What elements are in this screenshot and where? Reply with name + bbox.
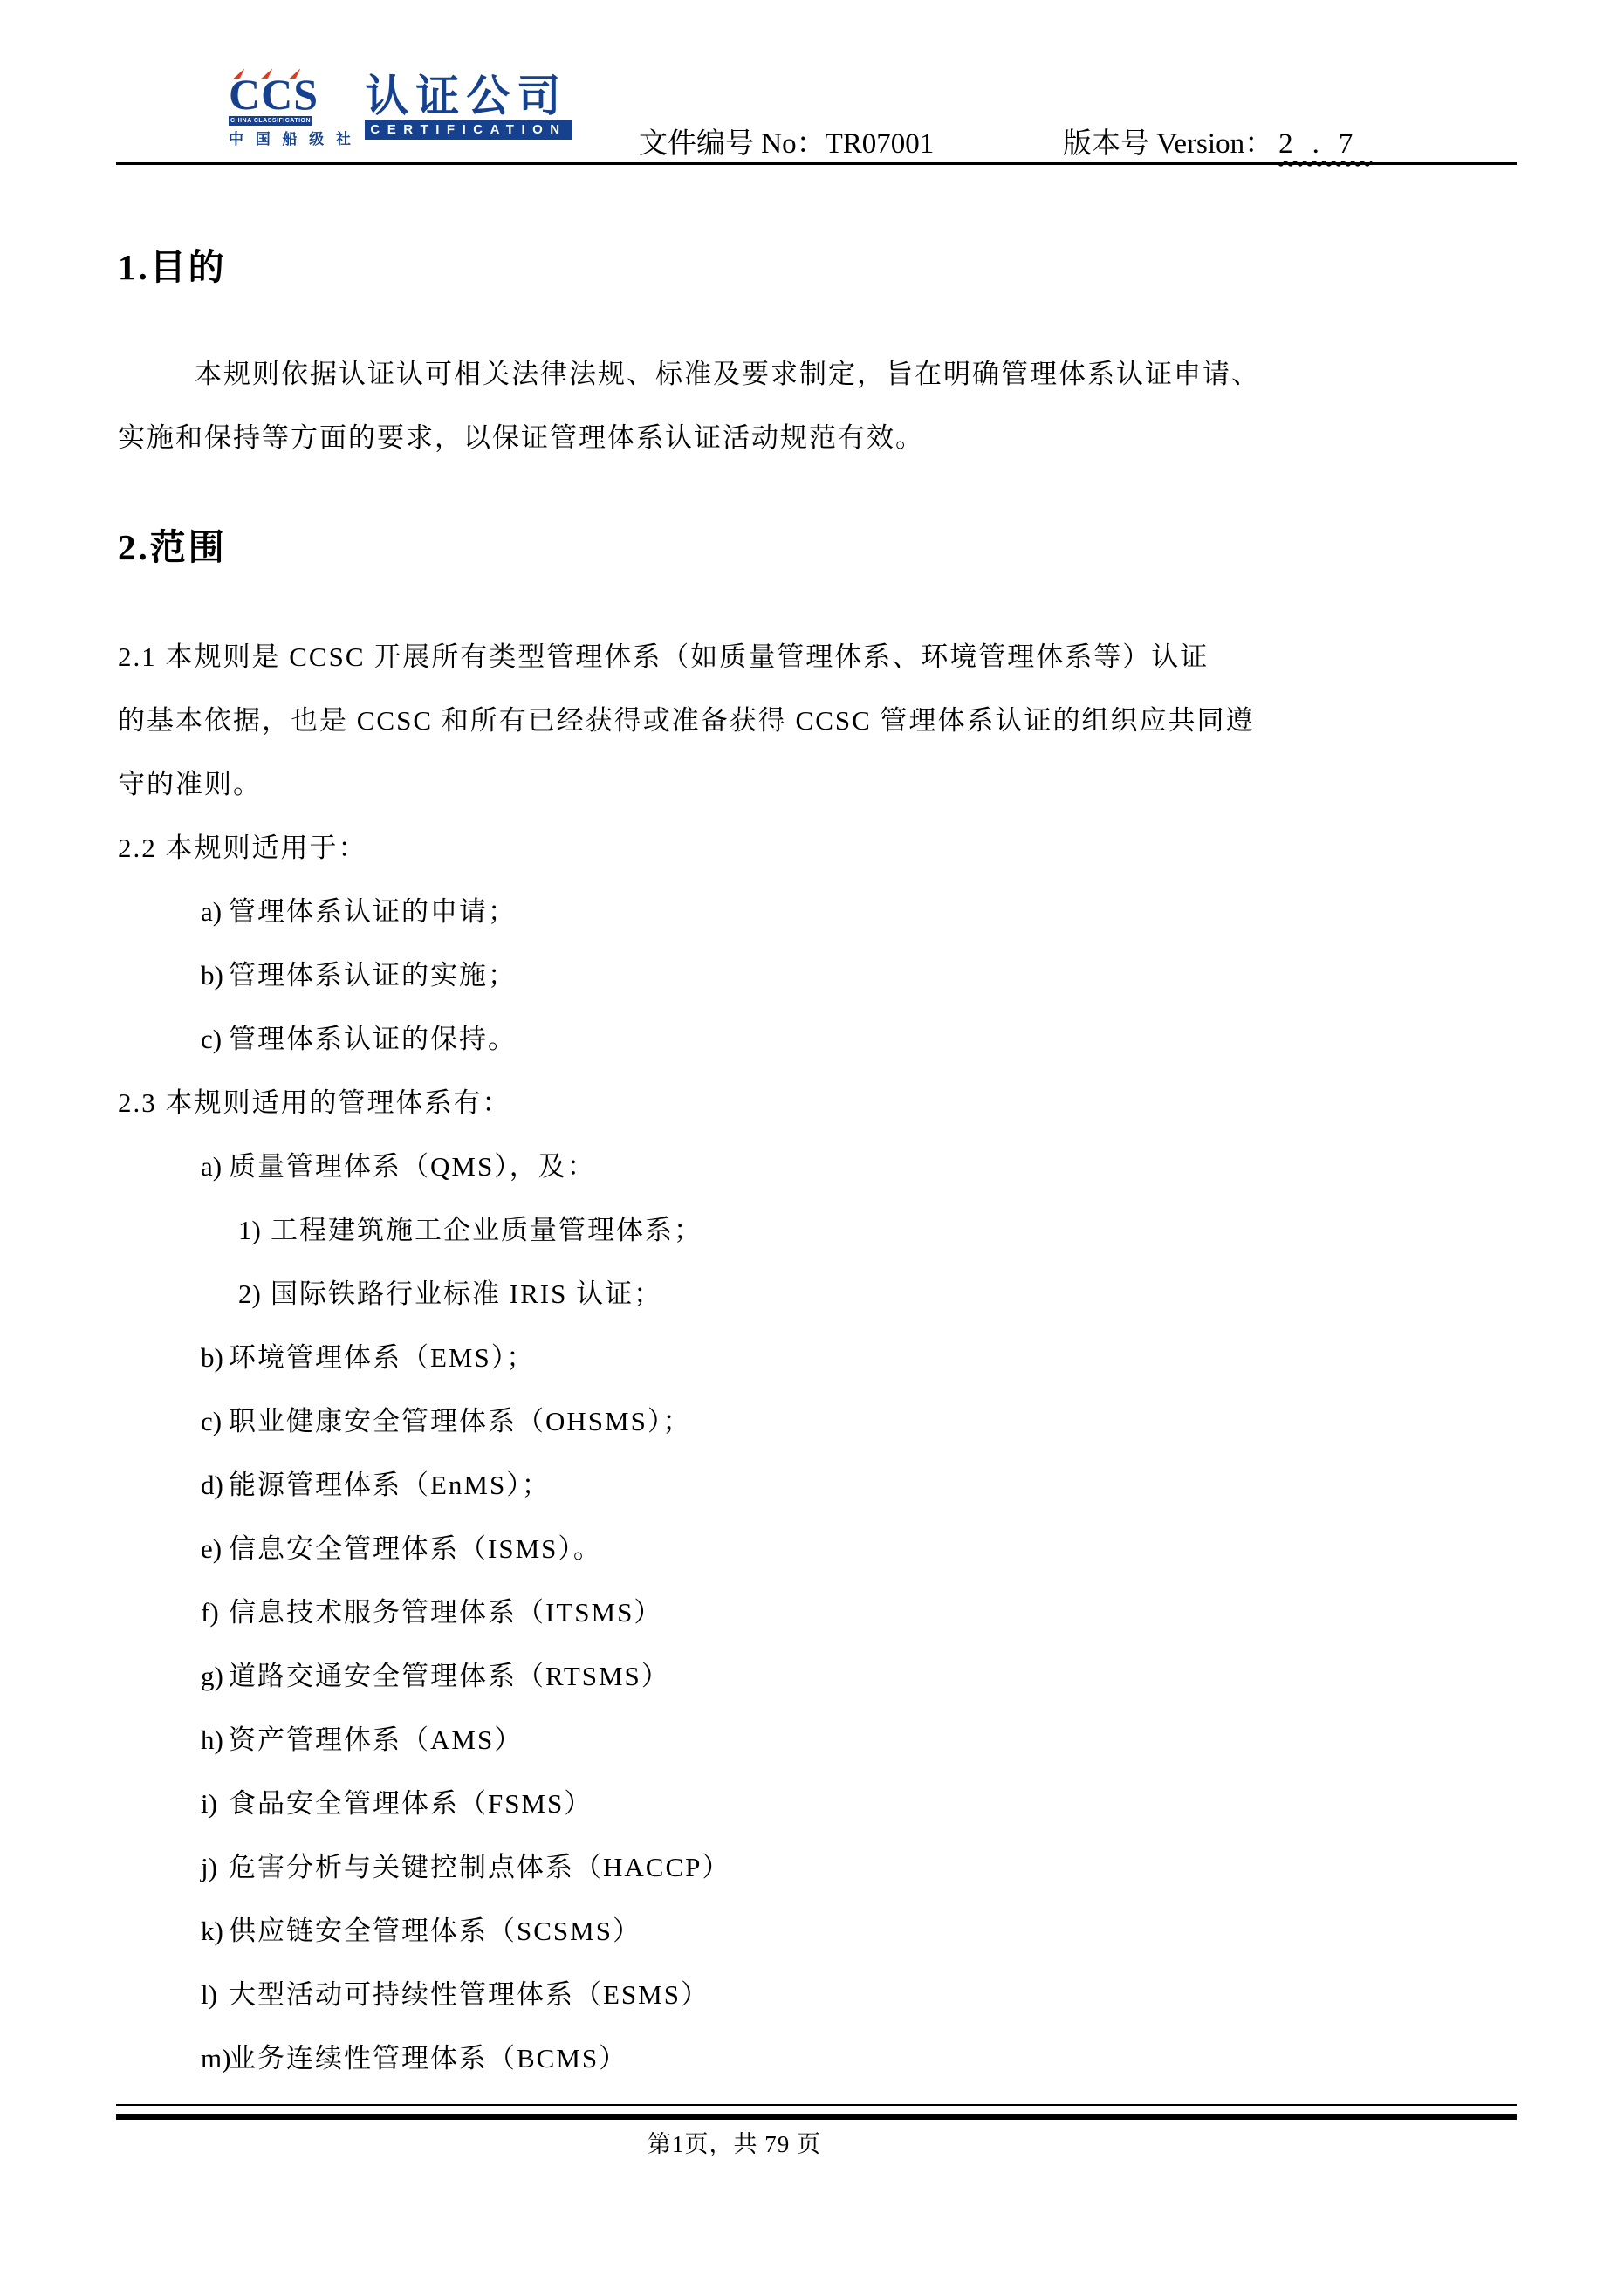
- list-text: 能源管理体系（EnMS）；: [229, 1470, 551, 1500]
- paragraph-line: 的基本依据，也是 CCSC 和所有已经获得或准备获得 CCSC 管理体系认证的组…: [118, 689, 1517, 752]
- list-marker: h): [201, 1708, 229, 1772]
- footer-rule-thick: [116, 2114, 1517, 2120]
- list-marker: l): [201, 1963, 229, 2026]
- list-marker: c): [201, 1007, 229, 1071]
- list-text: 食品安全管理体系（FSMS）: [229, 1788, 593, 1819]
- list-item: c)职业健康安全管理体系（OHSMS）；: [118, 1389, 1517, 1453]
- list-marker: i): [201, 1772, 229, 1835]
- ccs-logo-right: 认证公司 CERTIFICATION: [365, 75, 572, 140]
- header-rule: [116, 162, 1517, 165]
- ccs-logo: CCS CHINA CLASSIFICATION SOCIETY 中 国 船 级…: [229, 75, 572, 148]
- list-marker: b): [201, 943, 229, 1007]
- list-item: k)供应链安全管理体系（SCSMS）: [118, 1899, 1517, 1963]
- list-item: a)质量管理体系（QMS），及：: [118, 1135, 1517, 1198]
- paragraph-line: 2.3 本规则适用的管理体系有：: [118, 1071, 1517, 1135]
- list-marker: k): [201, 1899, 229, 1963]
- list-marker: a): [201, 1135, 229, 1198]
- list-text: 大型活动可持续性管理体系（ESMS）: [229, 1979, 709, 2010]
- list-item: m)业务连续性管理体系（BCMS）: [118, 2026, 1517, 2090]
- paragraph-line: 实施和保持等方面的要求，以保证管理体系认证活动规范有效。: [118, 406, 1517, 470]
- list-item: f)信息技术服务管理体系（ITSMS）: [118, 1580, 1517, 1644]
- page-number: 第1页，共 79 页: [0, 2125, 1546, 2159]
- list-item: i)食品安全管理体系（FSMS）: [118, 1772, 1517, 1835]
- version-label: 版本号 Version：: [1063, 128, 1273, 160]
- list-item: d)能源管理体系（EnMS）；: [118, 1453, 1517, 1517]
- list-item: e)信息安全管理体系（ISMS）。: [118, 1517, 1517, 1580]
- list-text: 质量管理体系（QMS），及：: [229, 1151, 596, 1182]
- page-footer: 第1页，共 79 页: [0, 2104, 1624, 2159]
- page-header: CCS CHINA CLASSIFICATION SOCIETY 中 国 船 级…: [0, 0, 1624, 166]
- list-text: 供应链安全管理体系（SCSMS）: [229, 1916, 641, 1946]
- ccs-wordmark: CCS: [229, 75, 354, 113]
- list-marker: 2): [238, 1262, 271, 1326]
- document-page: CCS CHINA CLASSIFICATION SOCIETY 中 国 船 级…: [0, 0, 1624, 2276]
- list-text: 职业健康安全管理体系（OHSMS）；: [229, 1406, 691, 1436]
- list-text: 管理体系认证的保持。: [229, 1024, 517, 1054]
- ccs-letters: CCS: [229, 70, 319, 119]
- list-text: 环境管理体系（EMS）；: [229, 1342, 535, 1373]
- section-heading: 2.范围: [118, 516, 1517, 579]
- list-text: 信息技术服务管理体系（ITSMS）: [229, 1597, 662, 1628]
- list-text: 道路交通安全管理体系（RTSMS）: [229, 1661, 670, 1691]
- list-item: 2)国际铁路行业标准 IRIS 认证；: [118, 1262, 1517, 1326]
- section-heading: 1.目的: [118, 236, 1517, 299]
- list-marker: 1): [238, 1198, 271, 1262]
- version-value: 2.7: [1278, 128, 1372, 161]
- logo-society-cn: 中 国 船 级 社: [229, 127, 354, 148]
- list-text: 工程建筑施工企业质量管理体系；: [271, 1215, 702, 1245]
- list-item: j)危害分析与关键控制点体系（HACCP）: [118, 1835, 1517, 1899]
- list-marker: d): [201, 1453, 229, 1517]
- list-text: 管理体系认证的实施；: [229, 960, 517, 991]
- logo-certification-banner: CERTIFICATION: [365, 120, 572, 140]
- list-item: l)大型活动可持续性管理体系（ESMS）: [118, 1963, 1517, 2026]
- list-item: g)道路交通安全管理体系（RTSMS）: [118, 1644, 1517, 1708]
- document-number: 文件编号 No：TR07001: [639, 120, 934, 161]
- paragraph-line: 本规则依据认证认可相关法律法规、标准及要求制定，旨在明确管理体系认证申请、: [118, 342, 1517, 406]
- list-marker: m): [201, 2026, 229, 2090]
- list-item: 1)工程建筑施工企业质量管理体系；: [118, 1198, 1517, 1262]
- paragraph-line: 守的准则。: [118, 752, 1517, 816]
- list-item: h)资产管理体系（AMS）: [118, 1708, 1517, 1772]
- list-text: 信息安全管理体系（ISMS）。: [229, 1533, 602, 1564]
- list-text: 资产管理体系（AMS）: [229, 1724, 523, 1755]
- list-item: c)管理体系认证的保持。: [118, 1007, 1517, 1071]
- document-body: 1.目的本规则依据认证认可相关法律法规、标准及要求制定，旨在明确管理体系认证申请…: [0, 166, 1624, 2090]
- list-marker: b): [201, 1326, 229, 1389]
- list-marker: c): [201, 1389, 229, 1453]
- footer-rule-thin: [116, 2104, 1517, 2106]
- list-item: b)管理体系认证的实施；: [118, 943, 1517, 1007]
- list-text: 业务连续性管理体系（BCMS）: [229, 2043, 627, 2074]
- list-text: 管理体系认证的申请；: [229, 896, 517, 927]
- list-marker: f): [201, 1580, 229, 1644]
- paragraph-line: 2.1 本规则是 CCSC 开展所有类型管理体系（如质量管理体系、环境管理体系等…: [118, 625, 1517, 689]
- paragraph-line: 2.2 本规则适用于：: [118, 816, 1517, 880]
- list-marker: e): [201, 1517, 229, 1580]
- version-field: 版本号 Version：2.7: [1063, 120, 1372, 161]
- list-marker: a): [201, 880, 229, 943]
- list-text: 危害分析与关键控制点体系（HACCP）: [229, 1852, 730, 1882]
- list-text: 国际铁路行业标准 IRIS 认证；: [271, 1279, 662, 1309]
- ccs-logo-left: CCS CHINA CLASSIFICATION SOCIETY 中 国 船 级…: [229, 75, 354, 148]
- list-marker: g): [201, 1644, 229, 1708]
- list-item: a)管理体系认证的申请；: [118, 880, 1517, 943]
- list-item: b)环境管理体系（EMS）；: [118, 1326, 1517, 1389]
- list-marker: j): [201, 1835, 229, 1899]
- logo-company-name: 认证公司: [365, 75, 572, 117]
